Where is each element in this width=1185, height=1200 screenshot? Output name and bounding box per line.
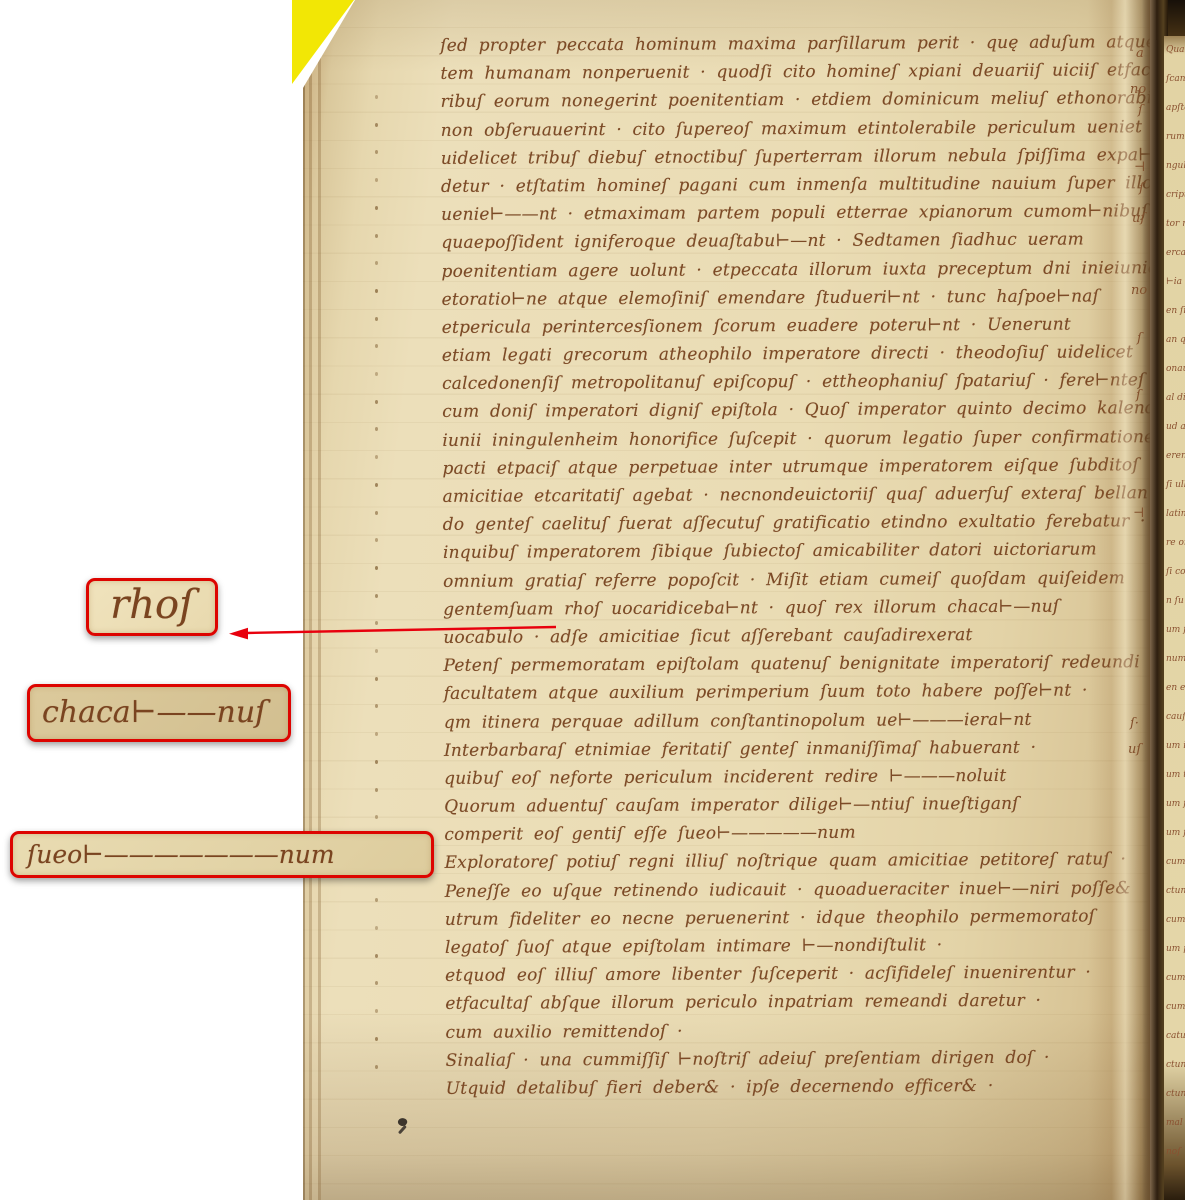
pricking-dot <box>375 372 378 376</box>
facing-page-line: cripton <box>1164 181 1185 210</box>
manuscript-line: ribuſ eorum nonegerint poenitentiam · et… <box>440 85 1152 117</box>
pricking-dot <box>375 1065 378 1069</box>
facing-page-strip: Qualiſcandalapſterrum ſidngulimcriptonto… <box>1164 36 1185 1200</box>
facing-page-line: en elſa <box>1164 674 1185 703</box>
pricking-dot <box>375 538 378 542</box>
facing-page-line: apſter <box>1164 94 1185 123</box>
pricking-dot <box>375 815 378 819</box>
facing-page-line: um iuſti <box>1164 732 1185 761</box>
pricking-dot <box>375 954 378 958</box>
facing-page-line: cum teſt <box>1164 906 1185 935</box>
facing-page-line: ⊢ia be <box>1164 268 1185 297</box>
facing-page-line: ctum la <box>1164 1080 1185 1109</box>
facing-page-line: ctum ba <box>1164 877 1185 906</box>
rhos-callout: rhoſ <box>86 578 218 636</box>
facing-page-line: ud aſſim <box>1164 413 1185 442</box>
pricking-dot <box>375 344 378 348</box>
pricking-dot <box>375 317 378 321</box>
pricking-dot <box>375 427 378 431</box>
pricking-dot <box>375 150 378 154</box>
manuscript-line: legatoſ ſuoſ atque epiſtolam intimare ⊢—… <box>445 930 1157 962</box>
sueonum-callout-text: ſueo⊢———————num <box>13 840 335 869</box>
manuscript-line: Interbarbaraſ etnimiae feritatiſ genteſ … <box>444 733 1156 765</box>
facing-page-line: an quo <box>1164 326 1185 355</box>
facing-page-line: Quali <box>1164 36 1185 65</box>
facing-page-line: onauit <box>1164 355 1185 384</box>
pricking-dot <box>375 732 378 736</box>
pricking-dot <box>375 1009 378 1013</box>
pricking-dot <box>375 649 378 653</box>
manuscript-line: uidelicet tribuſ diebuſ etnoctibuſ ſuper… <box>441 141 1153 173</box>
facing-page-line: n ſu <box>1164 587 1185 616</box>
pricking-dot <box>375 926 378 930</box>
manuscript-line: comperit eoſ gentiſ eſſe ſueo⊢—————num <box>444 817 1156 849</box>
manuscript-line: pacti etpaciſ atque perpetuae inter utru… <box>442 451 1154 483</box>
manuscript-line: Sinaliaſ · una cummiſſiſ ⊢noſtriſ adeiuſ… <box>446 1043 1158 1075</box>
facing-page-line: catum ar <box>1164 1022 1185 1051</box>
pricking-dot <box>375 788 378 792</box>
pricking-dot <box>375 95 378 99</box>
manuscript-line: etfacultaſ abſque illorum periculo inpat… <box>445 987 1157 1019</box>
pricking-dot <box>375 289 378 293</box>
manuscript-line: etpericula perintercesſionem ſcorum euad… <box>442 310 1154 342</box>
facing-page-line: al dicere <box>1164 384 1185 413</box>
facing-page-line: cauſo <box>1164 703 1185 732</box>
manuscript-line: poenitentiam agere uolunt · etpeccata il… <box>441 254 1153 286</box>
facing-page-line: ercard <box>1164 239 1185 268</box>
pricking-dot <box>375 455 378 459</box>
curl-glyph: uſ <box>1128 742 1141 757</box>
facing-page-line: cum au <box>1164 993 1185 1022</box>
manuscript-line: non obſeruauerint · cito ſupereoſ maximu… <box>441 113 1153 145</box>
pricking-dot <box>375 760 378 764</box>
pricking-dot <box>375 511 378 515</box>
manuscript-line: ſed propter peccata hominum maxima parſi… <box>440 28 1152 60</box>
manuscript-line: tem humanam nonperuenit · quodſi cito ho… <box>440 56 1152 88</box>
manuscript-line: quibuſ eoſ neforte periculum inciderent … <box>444 761 1156 793</box>
pricking-dot <box>375 234 378 238</box>
facing-page-line: rum ſid <box>1164 123 1185 152</box>
manuscript-line: etiam legati grecorum atheophilo imperat… <box>442 338 1154 370</box>
facing-page-line: ſi contra <box>1164 558 1185 587</box>
manuscript-line: etquod eoſ illiuſ amore libenter ſuſcepe… <box>445 958 1157 990</box>
manuscript-line: utrum fideliter eo necne peruenerint · i… <box>445 902 1157 934</box>
manuscript-line: uocabulo · adſe amicitiae ſicut aſſereba… <box>443 620 1155 652</box>
pricking-dot <box>375 1037 378 1041</box>
pricking-dot <box>375 400 378 404</box>
pricking-dot <box>375 123 378 127</box>
pricking-dot <box>375 677 378 681</box>
facing-page-line: ctum ha <box>1164 1051 1185 1080</box>
manuscript-line: detur · etſtatim homineſ pagani cum inme… <box>441 169 1153 201</box>
pricking-dot <box>375 178 378 182</box>
manuscript-page: ſed propter peccata hominum maxima parſi… <box>303 0 1150 1200</box>
manuscript-line: cum auxilio remittendoſ · <box>445 1015 1157 1047</box>
manuscript-line: quaepoſſident igniferoque deuaſtabu⊢—nt … <box>441 225 1153 257</box>
manuscript-line: facultatem atque auxilium perimperium ſu… <box>444 676 1156 708</box>
manuscript-line: amicitiae etcaritatiſ agebat · necnondeu… <box>443 479 1155 511</box>
facing-page-line: ngulim <box>1164 152 1185 181</box>
manuscript-line: etoratio⊢ne atque elemoſiniſ emendare ſt… <box>442 282 1154 314</box>
pricking-dot <box>375 898 378 902</box>
manuscript-line: cum doniſ imperatori digniſ epiſtola · Q… <box>442 395 1154 427</box>
manuscript-line: inquibuſ imperatorem ſibique ſubiectoſ a… <box>443 536 1155 568</box>
manuscript-photo: ſed propter peccata hominum maxima parſi… <box>0 0 1185 1200</box>
pricking-dot <box>375 981 378 985</box>
pricking-dot <box>375 621 378 625</box>
facing-page-line: tor m <box>1164 210 1185 239</box>
pricking-dot <box>375 483 378 487</box>
pricking-dot <box>375 206 378 210</box>
manuscript-line: Peneſſe eo uſque retinendo iudicauit · q… <box>445 874 1157 906</box>
manuscript-line: do genteſ caelituſ fuerat aſſecutuſ grat… <box>443 507 1155 539</box>
manuscript-line: Quorum aduentuſ cauſam imperator dilige⊢… <box>444 789 1156 821</box>
chacanus-callout: chaca⊢——nuſ <box>27 684 291 742</box>
facing-page-line: eren <box>1164 442 1185 471</box>
manuscript-line: Exploratoreſ potiuſ regni illiuſ noſtriq… <box>444 846 1156 878</box>
facing-page-line: re orien <box>1164 529 1185 558</box>
curl-glyph: ſ· <box>1130 716 1139 731</box>
pricking-dot <box>375 594 378 598</box>
arrow-head <box>229 628 248 640</box>
sueonum-callout: ſueo⊢———————num <box>10 831 434 878</box>
manuscript-line: Petenſ permemoratam epiſtolam quatenuſ b… <box>443 648 1155 680</box>
manuscript-line: Utquid detalibuſ fieri deber& · ipſe dec… <box>446 1071 1158 1103</box>
facing-page-line: ſcandal <box>1164 65 1185 94</box>
facing-page-line: um ſaxon <box>1164 790 1185 819</box>
curl-glyph: ſ <box>1136 388 1141 403</box>
facing-page-line: noſ <box>1164 1138 1185 1167</box>
manuscript-line: calcedonenſiſ metropolitanuſ epiſcopuſ ·… <box>442 366 1154 398</box>
facing-page-line: num ard <box>1164 645 1185 674</box>
facing-page-line: um ſuer <box>1164 616 1185 645</box>
facing-page-line: latim <box>1164 500 1185 529</box>
manuscript-line: gentemſuam rhoſ uocaridiceba⊢nt · quoſ r… <box>443 592 1155 624</box>
chacanus-callout-text: chaca⊢——nuſ <box>30 695 266 730</box>
facing-page-line: ſi ullem <box>1164 471 1185 500</box>
manuscript-line: omnium gratiaſ referre popoſcit · Miſit … <box>443 564 1155 596</box>
rhos-callout-text: rhoſ <box>110 582 194 628</box>
manuscript-lines: ſed propter peccata hominum maxima parſi… <box>440 28 1158 1103</box>
pricking-dot <box>375 261 378 265</box>
facing-page-line: en ſid <box>1164 297 1185 326</box>
manuscript-line: iunii iningulenheim honorifice ſuſcepit … <box>442 423 1154 455</box>
facing-page-line: um freſla <box>1164 819 1185 848</box>
facing-page-line: um toru <box>1164 761 1185 790</box>
ink-blot <box>397 1117 408 1128</box>
facing-page-line: um parte <box>1164 935 1185 964</box>
pricking-dot <box>375 566 378 570</box>
manuscript-line: uenie⊢——nt · etmaximam partem populi ett… <box>441 197 1153 229</box>
facing-page-line: cum ha <box>1164 848 1185 877</box>
facing-page-line: cum lug <box>1164 964 1185 993</box>
manuscript-line: qm itinera perquae adillum conſtantinopo… <box>444 705 1156 737</box>
pricking-dot <box>375 704 378 708</box>
facing-page-line: mal crum <box>1164 1109 1185 1138</box>
